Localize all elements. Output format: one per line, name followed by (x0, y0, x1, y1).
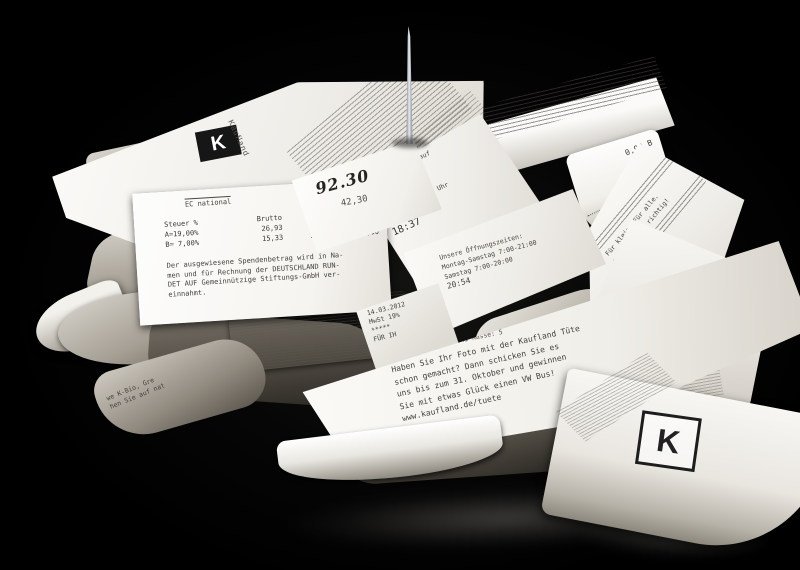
spike-base-shadow (392, 138, 428, 148)
kaufland-outline-logo: K (635, 410, 702, 472)
kaufland-logo-letter: K (209, 131, 228, 156)
ec-header: EC national (185, 196, 232, 209)
ec-cell: 15,33 (231, 233, 284, 246)
printed-total: 42,30 (340, 194, 369, 209)
receipt-pile-photo: we K-Bio, Gre hen Sie auf nat K Kaufland… (0, 0, 800, 570)
kaufland-outline-logo-letter: K (654, 421, 682, 461)
